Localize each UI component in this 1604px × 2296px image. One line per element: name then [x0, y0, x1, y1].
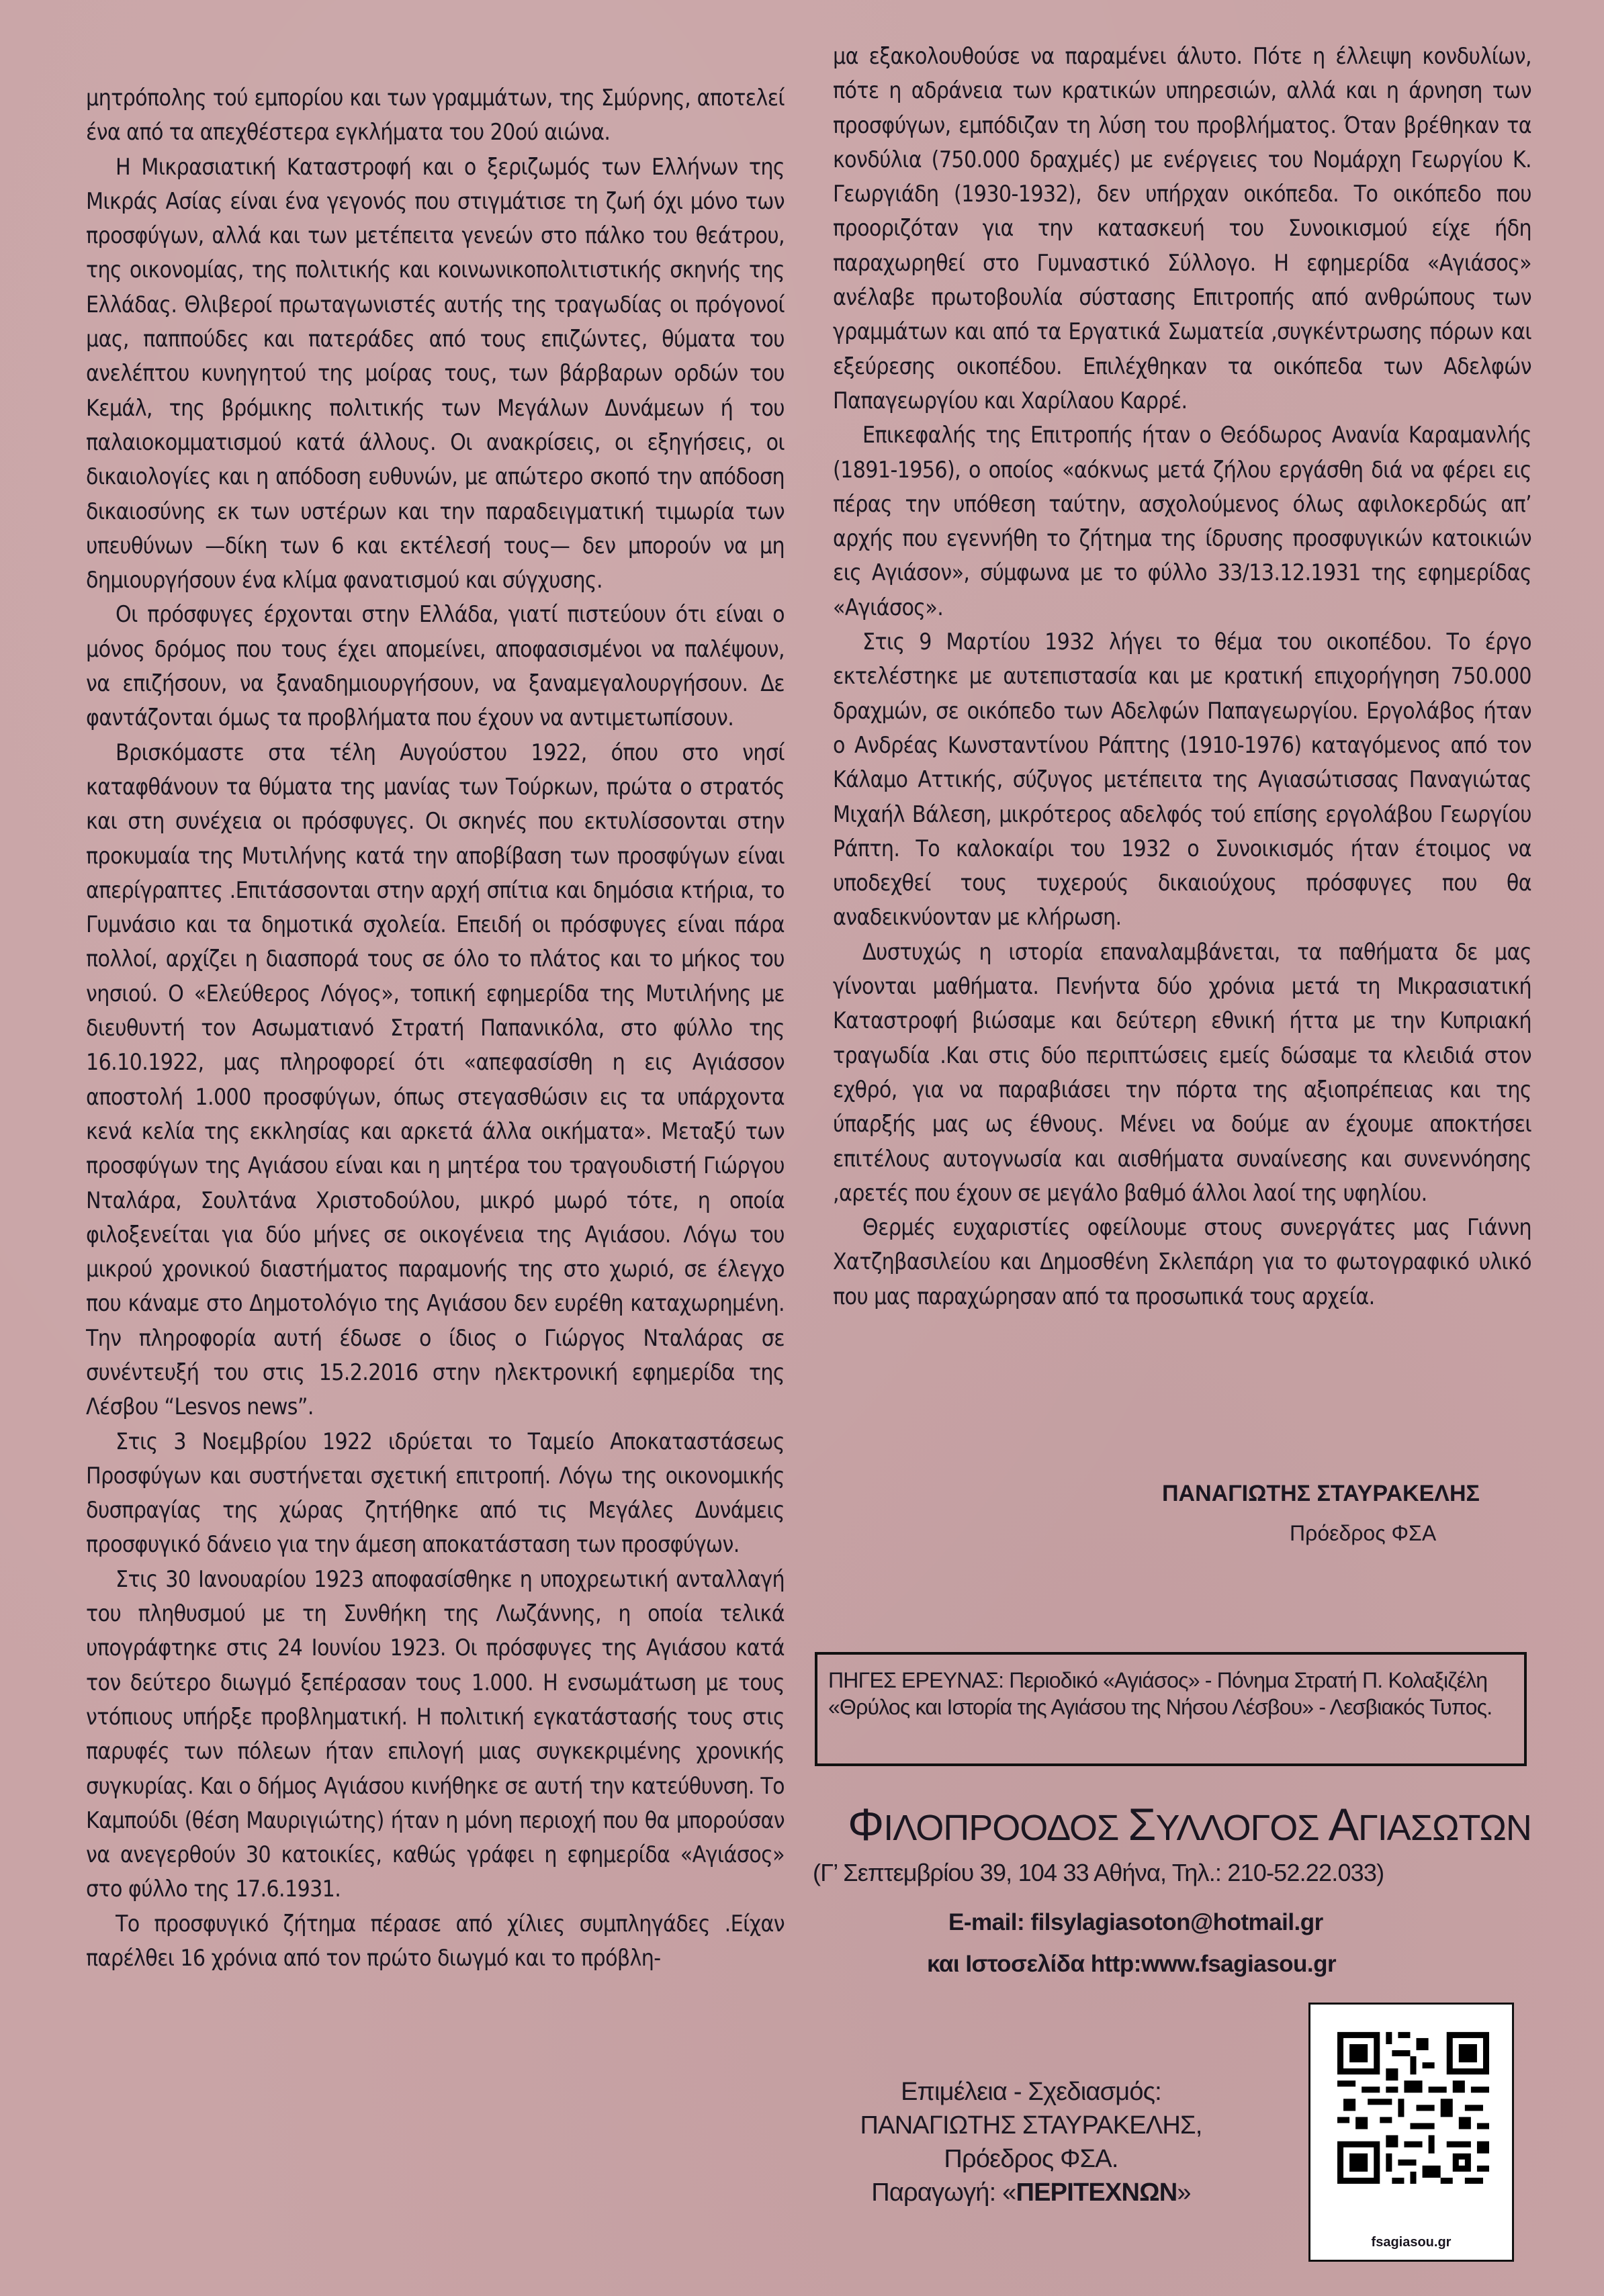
paragraph: Θερμές ευχαριστίες οφείλουμε στους συνερ… [833, 1210, 1531, 1314]
credits-production: Παραγωγή: «ΠΕΡΙΤΕΧΝΩΝ» [819, 2176, 1243, 2209]
research-sources-box: ΠΗΓΕΣ ΕΡΕΥΝΑΣ: Περιοδικό «Αγιάσος» - Πόν… [815, 1652, 1527, 1766]
paragraph: μητρόπολης τού εμπορίου και των γραμμάτω… [86, 81, 785, 150]
email-link[interactable]: E-mail: filsylagiasoton@hotmail.gr [948, 1909, 1323, 1936]
qr-code-icon [1337, 2031, 1489, 2221]
paragraph: μα εξακολουθούσε να παραμένει άλυτο. Πότ… [833, 39, 1531, 418]
credits-role: Επιμέλεια - Σχεδιασμός: [819, 2075, 1243, 2109]
credits-designer: ΠΑΝΑΓΙΩΤΗΣ ΣΤΑΥΡΑΚΕΛΗΣ, [819, 2109, 1243, 2142]
paragraph: Επικεφαλής της Επιτροπής ήταν ο Θεόδωρος… [833, 418, 1531, 625]
paragraph: Στις 3 Νοεμβρίου 1922 ιδρύεται το Ταμείο… [86, 1424, 785, 1562]
paragraph: Στις 9 Μαρτίου 1932 λήγει το θέμα του οι… [833, 625, 1531, 935]
website-link[interactable]: και Ιστοσελίδα http:www.fsagiasou.gr [927, 1951, 1336, 1978]
qr-code-label: fsagiasou.gr [1310, 2235, 1512, 2250]
article-left-column: μητρόπολης τού εμπορίου και των γραμμάτω… [86, 81, 785, 1975]
author-signature: ΠΑΝΑΓΙΩΤΗΣ ΣΤΑΥΡΑΚΕΛΗΣ [1162, 1481, 1480, 1507]
paragraph: Το προσφυγικό ζήτημα πέρασε από χίλιες σ… [86, 1907, 785, 1976]
qr-code-card[interactable]: fsagiasou.gr [1308, 2003, 1514, 2262]
paragraph: Οι πρόσφυγες έρχονται στην Ελλάδα, γιατί… [86, 597, 785, 735]
paragraph: Στις 30 Ιανουαρίου 1923 αποφασίσθηκε η υ… [86, 1562, 785, 1907]
author-title: Πρόεδρος ΦΣΑ [1290, 1521, 1436, 1546]
credits-designer-title: Πρόεδρος ΦΣΑ. [819, 2142, 1243, 2176]
organization-address: (Γ’ Σεπτεμβρίου 39, 104 33 Αθήνα, Τηλ.: … [813, 1859, 1384, 1887]
paragraph: Δυστυχώς η ιστορία επαναλαμβάνεται, τα π… [833, 935, 1531, 1210]
article-right-column: μα εξακολουθούσε να παραμένει άλυτο. Πότ… [833, 39, 1531, 1314]
paragraph: Η Μικρασιατική Καταστροφή και ο ξεριζωμό… [86, 150, 785, 598]
organization-name: ΦΙΛΟΠΡΟΟΔΟΣ ΣΥΛΛΟΓΟΣ ΑΓΙΑΣΩΤΩΝ [848, 1798, 1531, 1851]
credits: Επιμέλεια - Σχεδιασμός: ΠΑΝΑΓΙΩΤΗΣ ΣΤΑΥΡ… [819, 2075, 1243, 2209]
paragraph: Βρισκόμαστε στα τέλη Αυγούστου 1922, όπο… [86, 735, 785, 1424]
sources-text: ΠΗΓΕΣ ΕΡΕΥΝΑΣ: Περιοδικό «Αγιάσος» - Πόν… [828, 1668, 1492, 1719]
